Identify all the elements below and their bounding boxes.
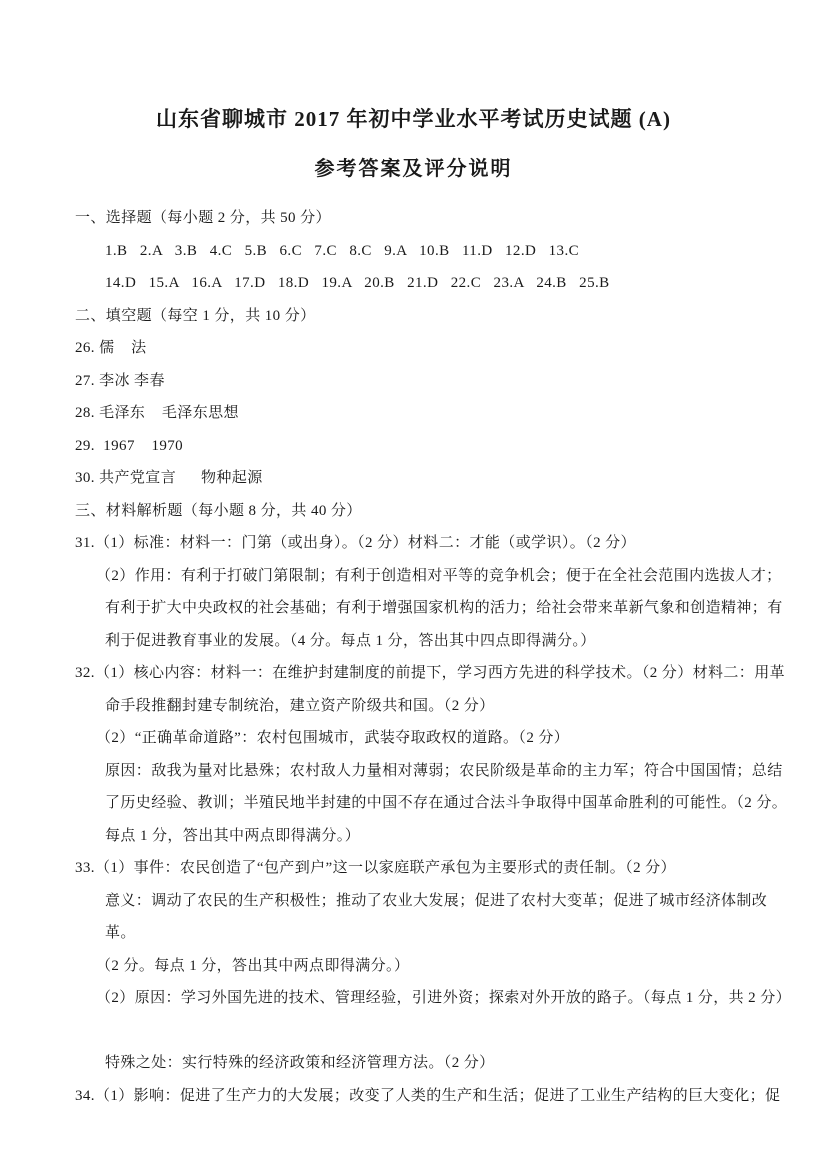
document-subtitle: 参考答案及评分说明	[0, 152, 827, 181]
blank-answer-28: 28. 毛泽东 毛泽东思想	[75, 397, 793, 430]
mc-answers-row-2: 14.D 15.A 16.A 17.D 18.D 19.A 20.B 21.D …	[75, 267, 793, 300]
q31-answer-line-4: 利于促进教育事业的发展。（4 分。每点 1 分，答出其中四点即得满分。）	[75, 625, 793, 658]
q31-answer-line-2: （2）作用：有利于打破门第限制；有利于创造相对平等的竞争机会；便于在全社会范围内…	[75, 560, 793, 593]
q32-answer-line-5: 了历史经验、教训；半殖民地半封建的中国不存在通过合法斗争取得中国革命胜利的可能性…	[75, 787, 793, 820]
document-header: 山东省聊城市 2017 年初中学业水平考试历史试题 (A) 参考答案及评分说明	[0, 0, 827, 181]
blank-answer-26: 26. 儒 法	[75, 332, 793, 365]
blank-answer-27: 27. 李冰 李春	[75, 365, 793, 398]
q32-answer-line-6: 每点 1 分，答出其中两点即得满分。）	[75, 820, 793, 853]
blank-answer-29: 29. 1967 1970	[75, 430, 793, 463]
q32-answer-line-4: 原因：敌我为量对比悬殊；农村敌人力量相对薄弱；农民阶级是革命的主力军；符合中国国…	[75, 755, 793, 788]
q32-answer-line-3: （2）“正确革命道路”：农村包围城市，武装夺取政权的道路。（2 分）	[75, 722, 793, 755]
mc-answers-row-1: 1.B 2.A 3.B 4.C 5.B 6.C 7.C 8.C 9.A 10.B…	[75, 235, 793, 268]
section-3-heading: 三、材料解析题（每小题 8 分，共 40 分）	[75, 495, 793, 528]
q33-answer-line-4: （2）原因：学习外国先进的技术、管理经验，引进外资；探索对外开放的路子。（每点 …	[75, 982, 793, 1015]
q34-answer-line-1: 34.（1）影响：促进了生产力的大发展；改变了人类的生产和生活；促进了工业生产结…	[75, 1080, 793, 1113]
spacer-line	[75, 1015, 793, 1048]
q32-answer-line-1: 32.（1）核心内容：材料一：在维护封建制度的前提下，学习西方先进的科学技术。（…	[75, 657, 793, 690]
document-body: 一、选择题（每小题 2 分，共 50 分）1.B 2.A 3.B 4.C 5.B…	[75, 202, 793, 1112]
blank-answer-30: 30. 共产党宣言 物种起源	[75, 462, 793, 495]
q31-answer-line-1: 31.（1）标准：材料一：门第（或出身）。（2 分）材料二：才能（或学识）。（2…	[75, 527, 793, 560]
document-title: 山东省聊城市 2017 年初中学业水平考试历史试题 (A)	[0, 103, 827, 133]
section-1-heading: 一、选择题（每小题 2 分，共 50 分）	[75, 202, 793, 235]
q31-answer-line-3: 有利于扩大中央政权的社会基础；有利于增强国家机构的活力；给社会带来革新气象和创造…	[75, 592, 793, 625]
section-2-heading: 二、填空题（每空 1 分，共 10 分）	[75, 300, 793, 333]
q32-answer-line-2: 命手段推翻封建专制统治，建立资产阶级共和国。（2 分）	[75, 690, 793, 723]
q33-answer-line-2: 意义：调动了农民的生产积极性；推动了农业大发展；促进了农村大变革；促进了城市经济…	[75, 885, 793, 950]
q33-answer-line-3: （2 分。每点 1 分，答出其中两点即得满分。）	[75, 950, 793, 983]
q33-answer-line-5: 特殊之处：实行特殊的经济政策和经济管理方法。（2 分）	[75, 1047, 793, 1080]
q33-answer-line-1: 33.（1）事件：农民创造了“包产到户”这一以家庭联产承包为主要形式的责任制。（…	[75, 852, 793, 885]
exam-answer-key-page: 山东省聊城市 2017 年初中学业水平考试历史试题 (A) 参考答案及评分说明 …	[0, 0, 827, 1169]
